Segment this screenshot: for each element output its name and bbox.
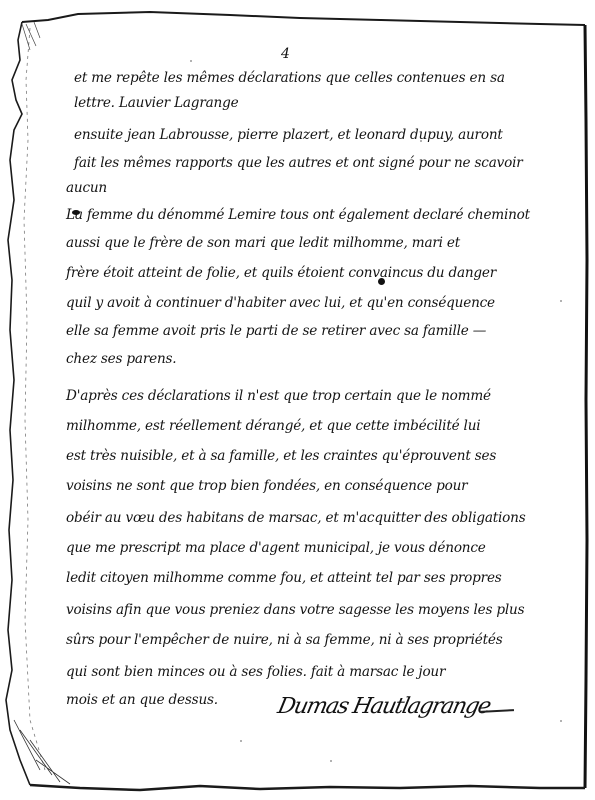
text-line: est très nuisible, et à sa famille, et l… (66, 448, 496, 464)
text-line: fait les mêmes rapports que les autres e… (74, 155, 523, 171)
ink-blot (378, 278, 385, 285)
paper-speck (560, 300, 562, 302)
text-line: D'après ces déclarations il n'est que tr… (66, 388, 491, 404)
text-line: voisins ne sont que trop bien fondées, e… (66, 478, 467, 494)
paper-speck (330, 760, 332, 762)
text-line: chez ses parens. (66, 351, 176, 367)
ink-blot (72, 210, 80, 215)
manuscript-page: 4 et me repête les mêmes déclarations qu… (0, 0, 595, 800)
text-line: que me prescript ma place d'agent munici… (66, 540, 486, 556)
text-line: mois et an que dessus. (66, 692, 218, 708)
page-number: 4 (281, 46, 290, 62)
text-line: ensuite jean Labrousse, pierre plazert, … (74, 127, 503, 143)
signature: Dumas Hautlagrange (275, 694, 492, 719)
text-line: aussi que le frère de son mari que ledit… (66, 235, 460, 251)
text-line: ledit citoyen milhomme comme fou, et att… (66, 570, 502, 586)
text-line: aucun (66, 180, 107, 196)
paper-speck (240, 740, 242, 742)
paper-speck (190, 60, 192, 62)
text-line: frère étoit atteint de folie, et quils é… (66, 265, 496, 281)
text-line: milhomme, est réellement dérangé, et que… (66, 418, 480, 434)
text-line: obéir au vœu des habitans de marsac, et … (66, 510, 525, 526)
paper-speck (560, 720, 562, 722)
text-line: et me repête les mêmes déclarations que … (74, 70, 505, 86)
text-line: La femme du dénommé Lemire tous ont égal… (66, 207, 530, 223)
paper-speck (420, 140, 422, 142)
text-line: voisins afin que vous preniez dans votre… (66, 602, 524, 618)
text-line: elle sa femme avoit pris le parti de se … (66, 323, 486, 339)
text-line: sûrs pour l'empêcher de nuire, ni à sa f… (66, 632, 503, 648)
text-line: quil y avoit à continuer d'habiter avec … (66, 295, 495, 311)
text-line: qui sont bien minces ou à ses folies. fa… (66, 664, 445, 680)
text-line: lettre. Lauvier Lagrange (74, 95, 238, 111)
